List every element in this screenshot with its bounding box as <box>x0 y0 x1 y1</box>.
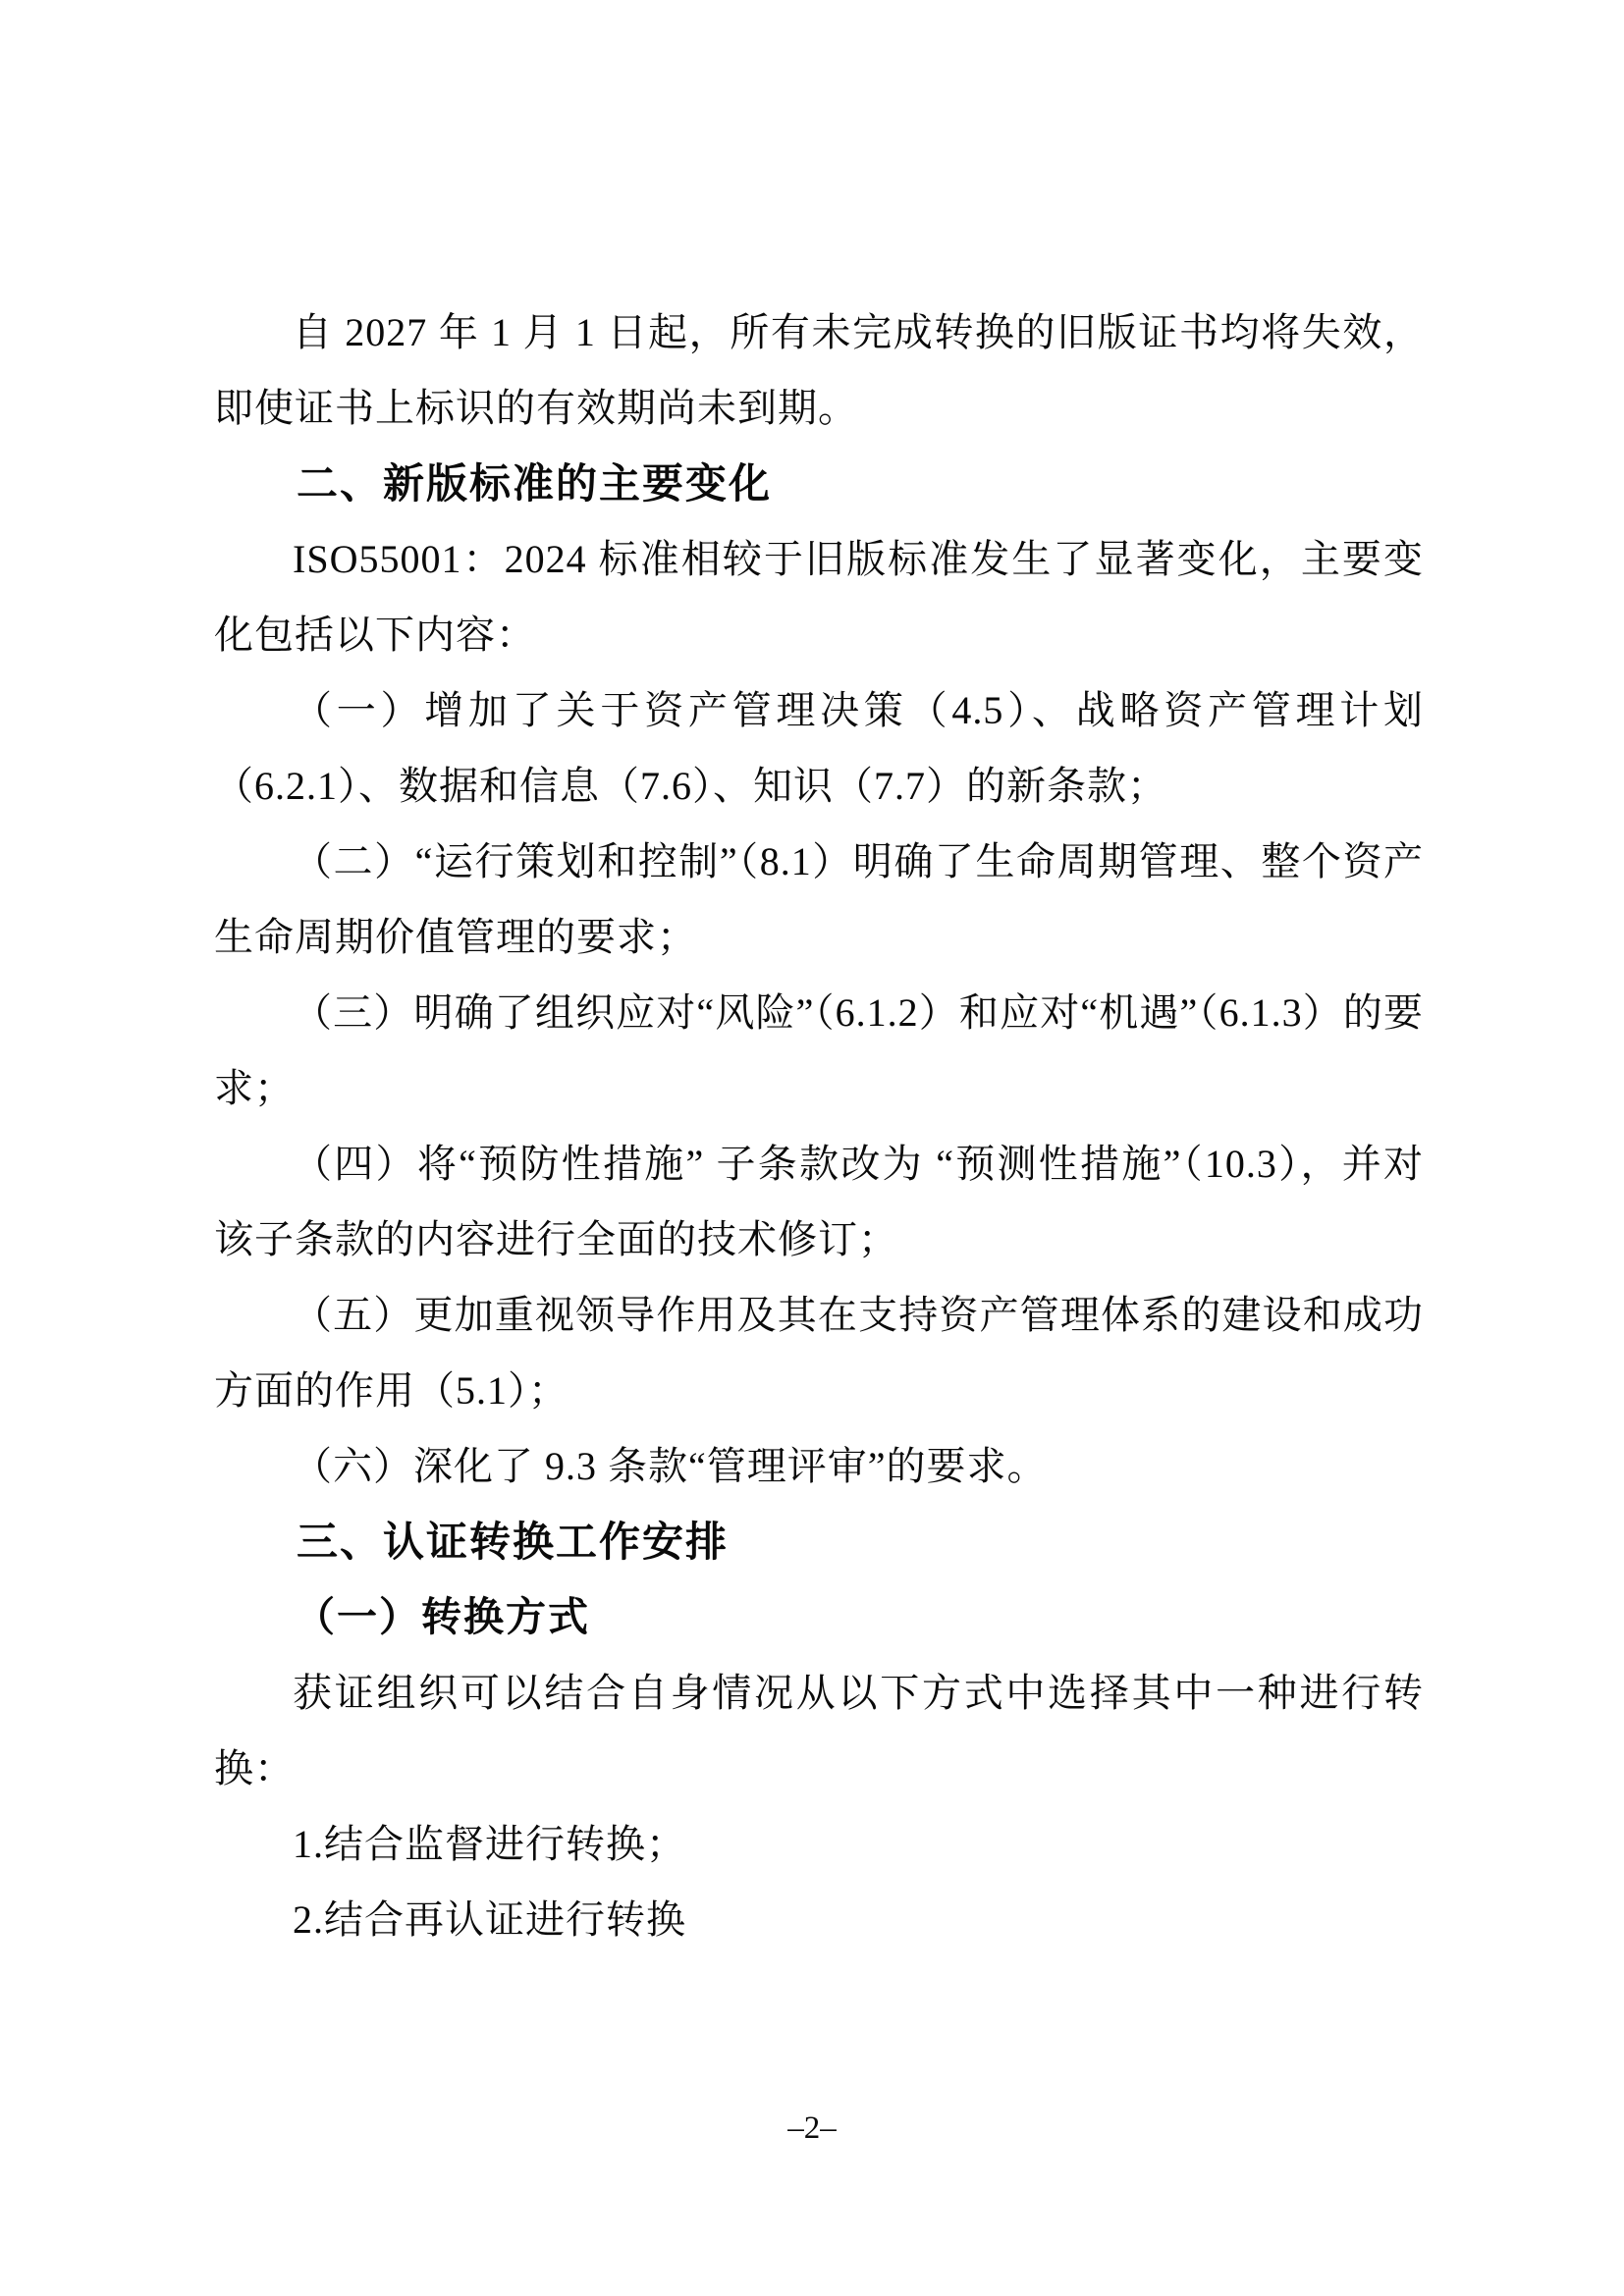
list-item-change-2: （二）“运行策划和控制”（8.1）明确了生命周期管理、整个资产生命周期价值管理的… <box>214 824 1424 975</box>
paragraph-transition-options-intro: 获证组织可以结合自身情况从以下方式中选择其中一种进行转换： <box>214 1655 1424 1806</box>
list-item-option-1: 1.结合监督进行转换； <box>214 1806 1424 1882</box>
heading-section-2-main-changes: 二、新版标准的主要变化 <box>214 446 1424 521</box>
list-item-change-3: （三）明确了组织应对“风险”（6.1.2）和应对“机遇”（6.1.3）的要求； <box>214 975 1424 1126</box>
subheading-transition-method: （一）转换方式 <box>214 1579 1424 1655</box>
list-item-change-6: （六）深化了 9.3 条款“管理评审”的要求。 <box>214 1428 1424 1504</box>
list-item-change-5: （五）更加重视领导作用及其在支持资产管理体系的建设和成功方面的作用（5.1）； <box>214 1277 1424 1428</box>
page-number: –2– <box>0 2109 1624 2148</box>
list-item-change-1: （一）增加了关于资产管理决策（4.5）、战略资产管理计划（6.2.1）、数据和信… <box>214 672 1424 824</box>
document-body: 自 2027 年 1 月 1 日起，所有未完成转换的旧版证书均将失效，即使证书上… <box>214 294 1424 1957</box>
paragraph-iso-changes-intro: ISO55001：2024 标准相较于旧版标准发生了显著变化，主要变化包括以下内… <box>214 521 1424 672</box>
list-item-change-4: （四）将“预防性措施” 子条款改为 “预测性措施”（10.3），并对该子条款的内… <box>214 1126 1424 1277</box>
list-item-option-2: 2.结合再认证进行转换 <box>214 1882 1424 1957</box>
paragraph-certificate-expiry: 自 2027 年 1 月 1 日起，所有未完成转换的旧版证书均将失效，即使证书上… <box>214 294 1424 446</box>
heading-section-3-transition-arrangement: 三、认证转换工作安排 <box>214 1504 1424 1579</box>
document-page: 自 2027 年 1 月 1 日起，所有未完成转换的旧版证书均将失效，即使证书上… <box>0 0 1624 2296</box>
